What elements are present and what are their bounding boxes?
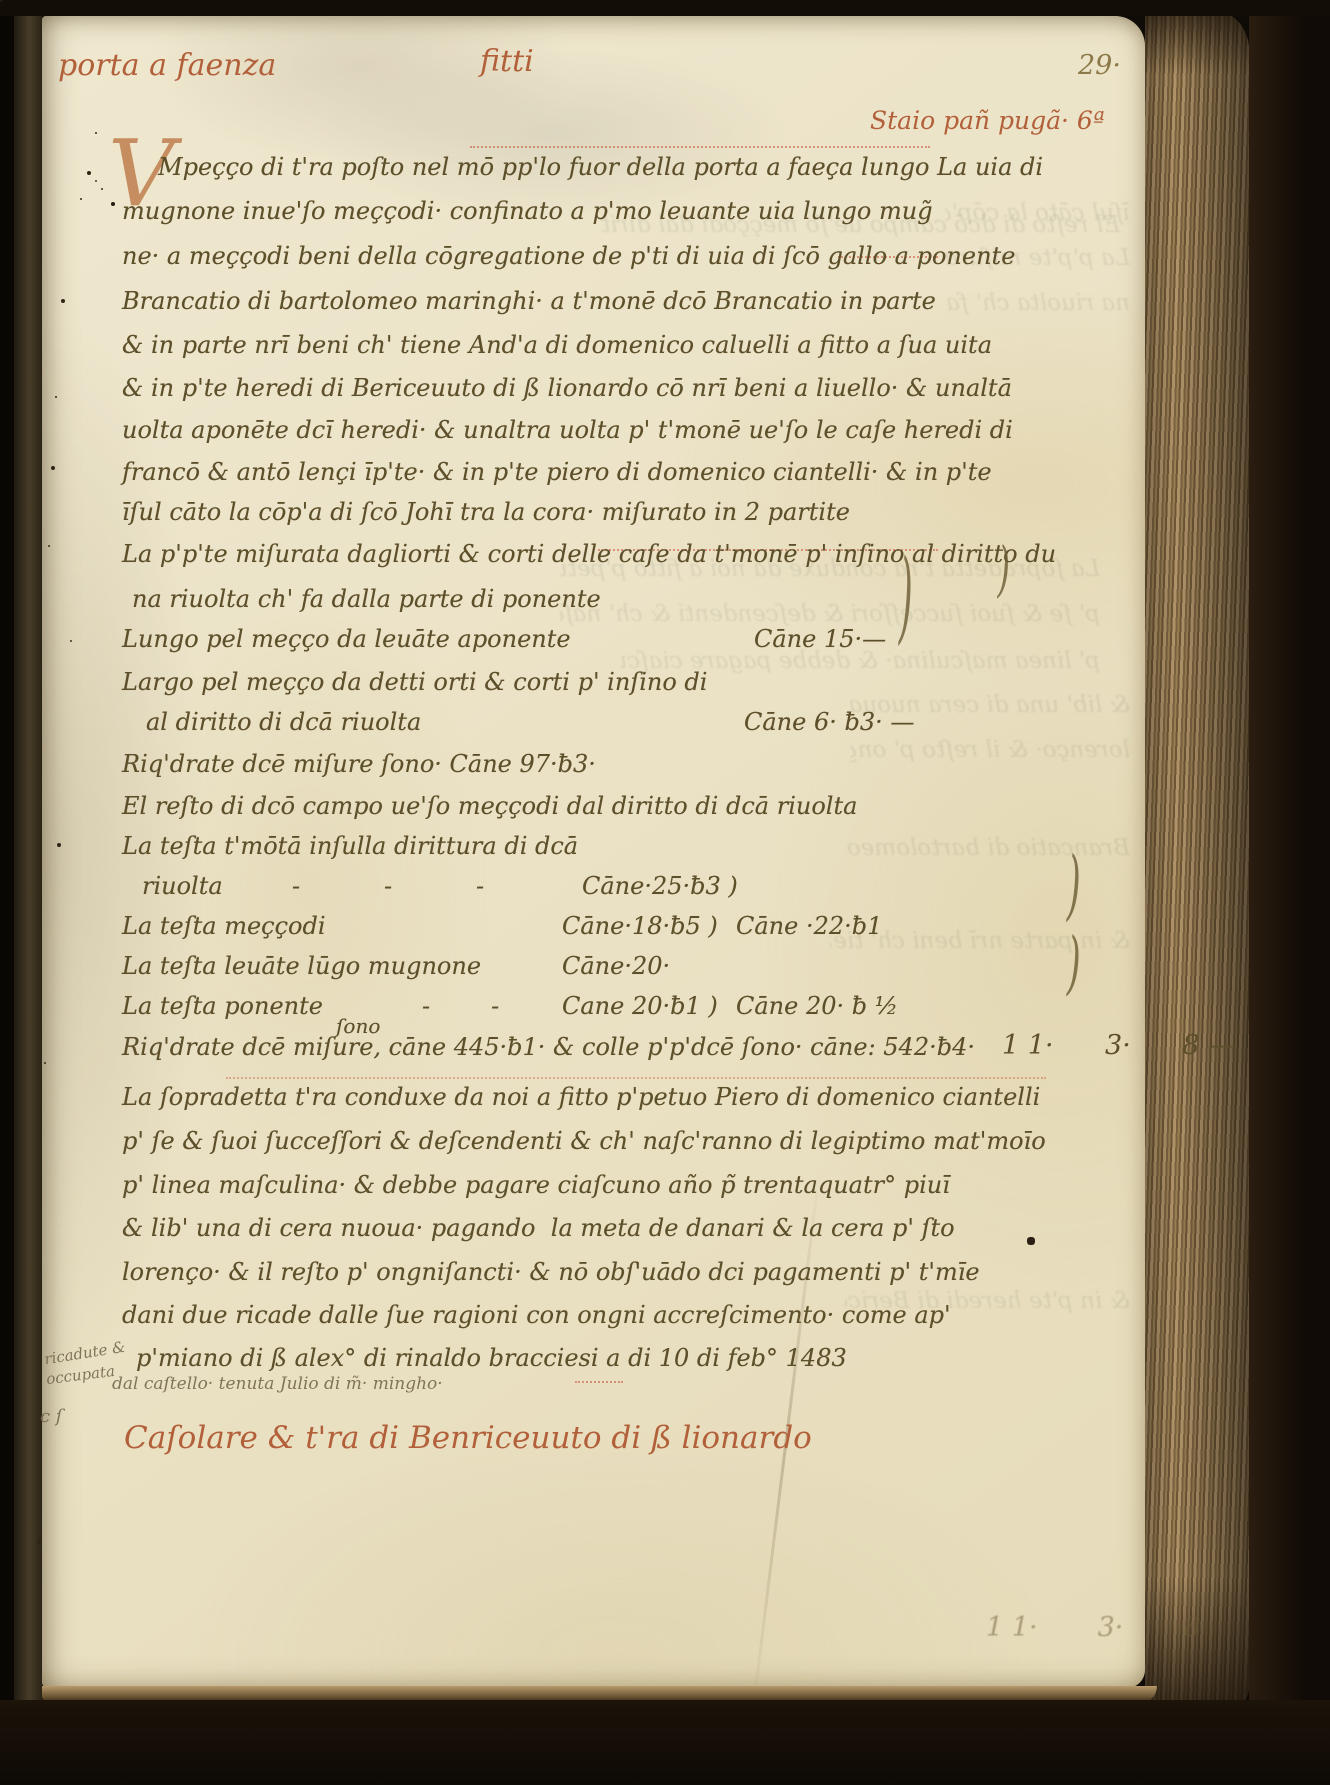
ink-speckles [0,0,2,2]
measure-value: Cāne 6· ƀ3· — [744,707,914,737]
folio-number: 29· [1078,50,1121,81]
measure-value: Cāne·20· [562,951,670,981]
text-line: lorenço· & il reſto p' ongniſancti· & nō… [122,1257,980,1287]
margin-figures: 1 1· 3· 8 — [1002,1030,1235,1061]
line-text: p' ſe & ſuoi ſucceſſori & deſcendenti & … [122,1127,1046,1155]
line-text: La teſta ponente [122,992,323,1020]
text-line: p'miano di ß alex° di rinaldo bracciesi … [136,1343,847,1373]
line-text: & lib' una di cera nuoua· pagando la met… [122,1214,955,1242]
measure-value: Cāne 15·— [754,624,886,654]
measure-line: La teſta ponente- -Cane 20·ƀ1 )Cāne 20· … [122,991,323,1021]
measure-value: Cāne·18·ƀ5 ) [562,911,718,941]
measure-line: La teſta meççodiCāne·18·ƀ5 )Cāne ·22·ƀ1 [122,911,326,941]
book-spine [0,0,14,1785]
text-line: Brancatio di bartolomeo maringhi· a t'mo… [122,286,936,316]
text-line: na riuolta ch' fa dalla parte di ponente [132,584,601,614]
text-line: uolta aponēte dcī heredi· & unaltra uolt… [122,415,1013,445]
text-line: Riq'drate dcē miſure ſono· Cāne 97·ƀ3· [122,749,596,779]
measure-value-2: Cāne 20· ƀ ½ [736,991,898,1021]
line-text: francō & antō lençi īp'te· & in p'te pie… [122,458,992,486]
line-text: mugnone inue'ſo meççodi· confinato a p'm… [122,197,933,225]
line-text: lorenço· & il reſto p' ongniſancti· & nō… [122,1258,980,1286]
manuscript-photo: El reſto di dcō campo ue'ſo meççodi dal … [0,0,1330,1785]
bottom-rubric-casolare: Caſolare & t'ra di Benriceuuto di ß lion… [124,1420,812,1456]
bleedthrough-text: īſul cāto la cōp'a di ſcō Johī tra la co… [945,200,1130,226]
line-text: La teſta meççodi [122,912,326,940]
text-line: Mpeçço di t'ra poſto nel mō pp'lo fuor d… [158,152,1043,182]
margin-bracket-stroke: ) [1067,848,1081,924]
red-guide-line [470,146,930,148]
text-line: El reſto di dcō campo ue'ſo meççodi dal … [122,791,857,821]
measure-line: Lungo pel meçço da leuāte aponenteCāne 1… [122,624,571,654]
line-text: uolta aponēte dcī heredi· & unaltra uolt… [122,416,1013,444]
margin-bracket-stroke: ) [899,548,913,648]
line-text: La teſta leuāte lūgo mugnone [122,952,481,980]
text-line: īſul cāto la cōp'a di ſcō Johī tra la co… [122,497,850,527]
line-text: Riq'drate dcē miſure ſono· Cāne 97·ƀ3· [122,750,596,778]
line-text: & in p'te heredi di Bericeuuto di ß lion… [122,374,1012,402]
measure-line: Riq'drate dcē miſure, cāne 445·ƀ1· & col… [122,1032,975,1062]
line-text: & in parte nrī beni ch' tiene And'a di d… [122,331,992,359]
line-text: Mpeçço di t'ra poſto nel mō pp'lo fuor d… [158,153,1043,181]
measure-line: La teſta leuāte lūgo mugnoneCāne·20· [122,951,481,981]
margin-mark: c ſ [40,1406,62,1427]
line-text: dani due ricade dalle ſue ragioni con on… [122,1301,951,1329]
line-text: ne· a meççodi beni della cōgregatione de… [122,242,1015,270]
header-rubric-porta-a-faenza: porta a faenza [58,48,276,83]
text-line: mugnone inue'ſo meççodi· confinato a p'm… [122,196,933,226]
bleedthrough-text: na riuolta ch' fa dalla parte di ponente [945,290,1130,316]
dash-leader: - - [422,991,499,1021]
red-guide-line [575,1381,623,1383]
text-line: & in parte nrī beni ch' tiene And'a di d… [122,330,992,360]
line-text: La teſta t'mōtā inſulla dirittura di dcā [122,832,578,860]
measure-line: riuolta- - -Cāne·25·ƀ3 ) [142,871,223,901]
measure-value-2: Cāne ·22·ƀ1 [736,911,882,941]
header-rubric-fitti: fitti [480,44,534,79]
text-line: ne· a meççodi beni della cōgregatione de… [122,241,1015,271]
binding-top [0,0,1330,16]
text-line: p' ſe & ſuoi ſucceſſori & deſcendenti & … [122,1126,1046,1156]
line-text: La p'p'te miſurata dagliorti & corti del… [122,540,1056,568]
line-text: Riq'drate dcē miſure, cāne 445·ƀ1· & col… [122,1033,975,1061]
line-text: na riuolta ch' fa dalla parte di ponente [132,585,601,613]
text-line: & in p'te heredi di Bericeuuto di ß lion… [122,373,1012,403]
line-text: Lungo pel meçço da leuāte aponente [122,625,571,653]
bleedthrough-text: lorenço· & il reſto p' ongniſancti· & nō… [850,737,1130,763]
text-line: & lib' una di cera nuoua· pagando la met… [122,1213,955,1243]
line-text: El reſto di dcō campo ue'ſo meççodi dal … [122,792,857,820]
text-line: Largo pel meçço da detti orti & corti p'… [122,667,707,697]
dash-leader: - - - [292,871,484,901]
previous-page-edges [14,0,42,1785]
line-text: al diritto di dcā riuolta [146,708,421,736]
line-text: La ſopradetta t'ra conduxe da noi a fitt… [122,1083,1040,1111]
text-line: La p'p'te miſurata dagliorti & corti del… [122,539,1056,569]
red-guide-line [226,1077,1046,1079]
binding-bottom [0,1700,1330,1785]
line-text: p' linea maſculina· & debbe pagare ciaſc… [122,1171,950,1199]
header-annotation-staio: Staio pañ pugã· 6ª [870,106,1105,135]
line-text: Largo pel meçço da detti orti & corti p'… [122,668,707,696]
line-text: p'miano di ß alex° di rinaldo bracciesi … [136,1344,847,1372]
measure-value: Cane 20·ƀ1 ) [562,991,718,1021]
line-text: Brancatio di bartolomeo maringhi· a t'mo… [122,287,936,315]
text-line: dani due ricade dalle ſue ragioni con on… [122,1300,951,1330]
margin-bracket-stroke: ) [1067,930,1081,998]
margin-bracket-stroke: ) [998,540,1010,600]
page-stack-fore-edge [1145,8,1249,1712]
margin-note: dal caſtello· tenuta Julio di m̃· mingho… [112,1374,443,1394]
line-text: īſul cāto la cōp'a di ſcō Johī tra la co… [122,498,850,526]
bleedthrough-text: Brancatio di bartolomeo maringhi· a t'mo… [840,835,1130,861]
text-line: La ſopradetta t'ra conduxe da noi a fitt… [122,1082,1040,1112]
text-line: p' linea maſculina· & debbe pagare ciaſc… [122,1170,950,1200]
measure-value: Cāne·25·ƀ3 ) [582,871,738,901]
text-line: La teſta t'mōtā inſulla dirittura di dcā [122,831,578,861]
measure-line: al diritto di dcā riuoltaCāne 6· ƀ3· — [146,707,421,737]
bottom-margin-figures: 1 1· 3· 8 [986,1612,1201,1643]
interlinear-insertion: ſono [336,1011,380,1041]
book-edge-shadow [1249,0,1330,1785]
line-text: riuolta [142,872,223,900]
text-line: francō & antō lençi īp'te· & in p'te pie… [122,457,992,487]
